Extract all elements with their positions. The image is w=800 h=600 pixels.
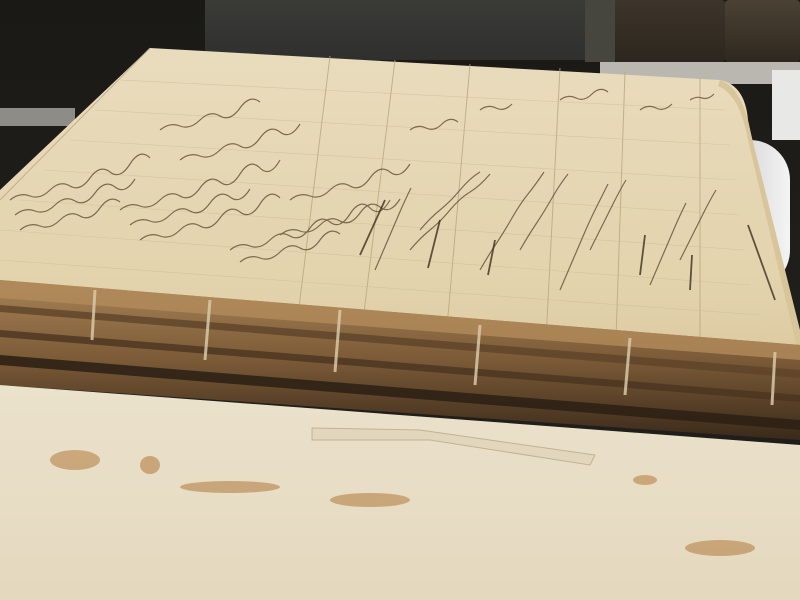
ledger-page xyxy=(0,0,800,600)
photo-scene: Photograph of an old handwritten ledger … xyxy=(0,0,800,600)
